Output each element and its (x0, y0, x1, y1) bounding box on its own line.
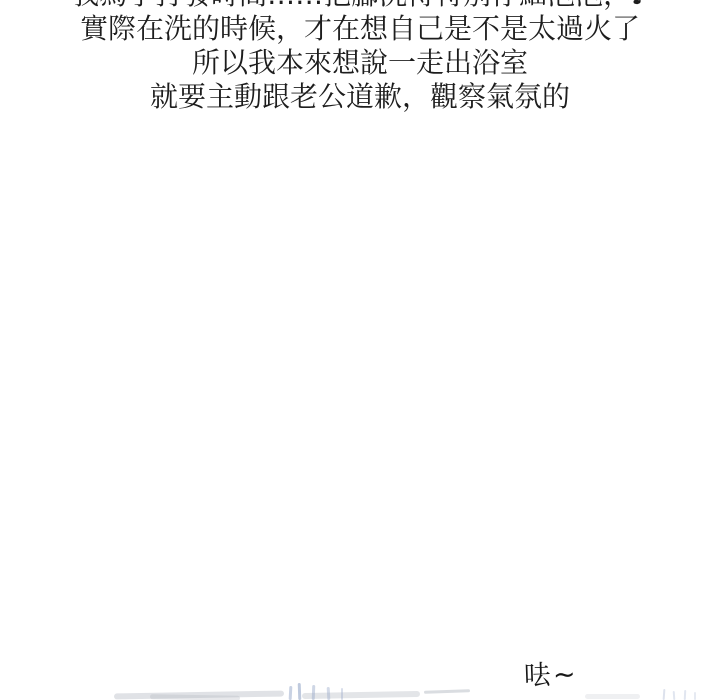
sketch-stroke (673, 691, 676, 700)
sketch-stroke (289, 686, 293, 700)
sketch-stroke (298, 683, 302, 700)
sketch-stroke (663, 689, 666, 700)
sketch-stroke (312, 685, 316, 700)
comic-page: 我為了打發時間……把腳洗得特別仔細泡泡，♪ 實際在洗的時候，才在想自己是不是太過… (0, 0, 720, 700)
sketch-stroke (341, 688, 343, 700)
narration-line-4: 就要主動跟老公道歉，觀察氣氛的 (0, 80, 720, 114)
handwritten-sfx-text: 呿~ (523, 660, 578, 692)
sketch-stroke (424, 689, 470, 694)
narration-line-2: 實際在洗的時候，才在想自己是不是太過火了 (0, 12, 720, 46)
narration-line-3: 所以我本來想說一走出浴室 (0, 46, 720, 80)
sketch-stroke (150, 694, 240, 700)
sketch-stroke (694, 692, 696, 700)
sketch-stroke (302, 691, 420, 699)
narration-line-1-clipped: 我為了打發時間……把腳洗得特別仔細泡泡，♪ (0, 0, 720, 12)
narration-block: 我為了打發時間……把腳洗得特別仔細泡泡，♪ 實際在洗的時候，才在想自己是不是太過… (0, 0, 720, 114)
sketch-stroke (585, 694, 640, 699)
sketch-stroke (327, 687, 331, 700)
sketch-stroke (684, 690, 687, 700)
